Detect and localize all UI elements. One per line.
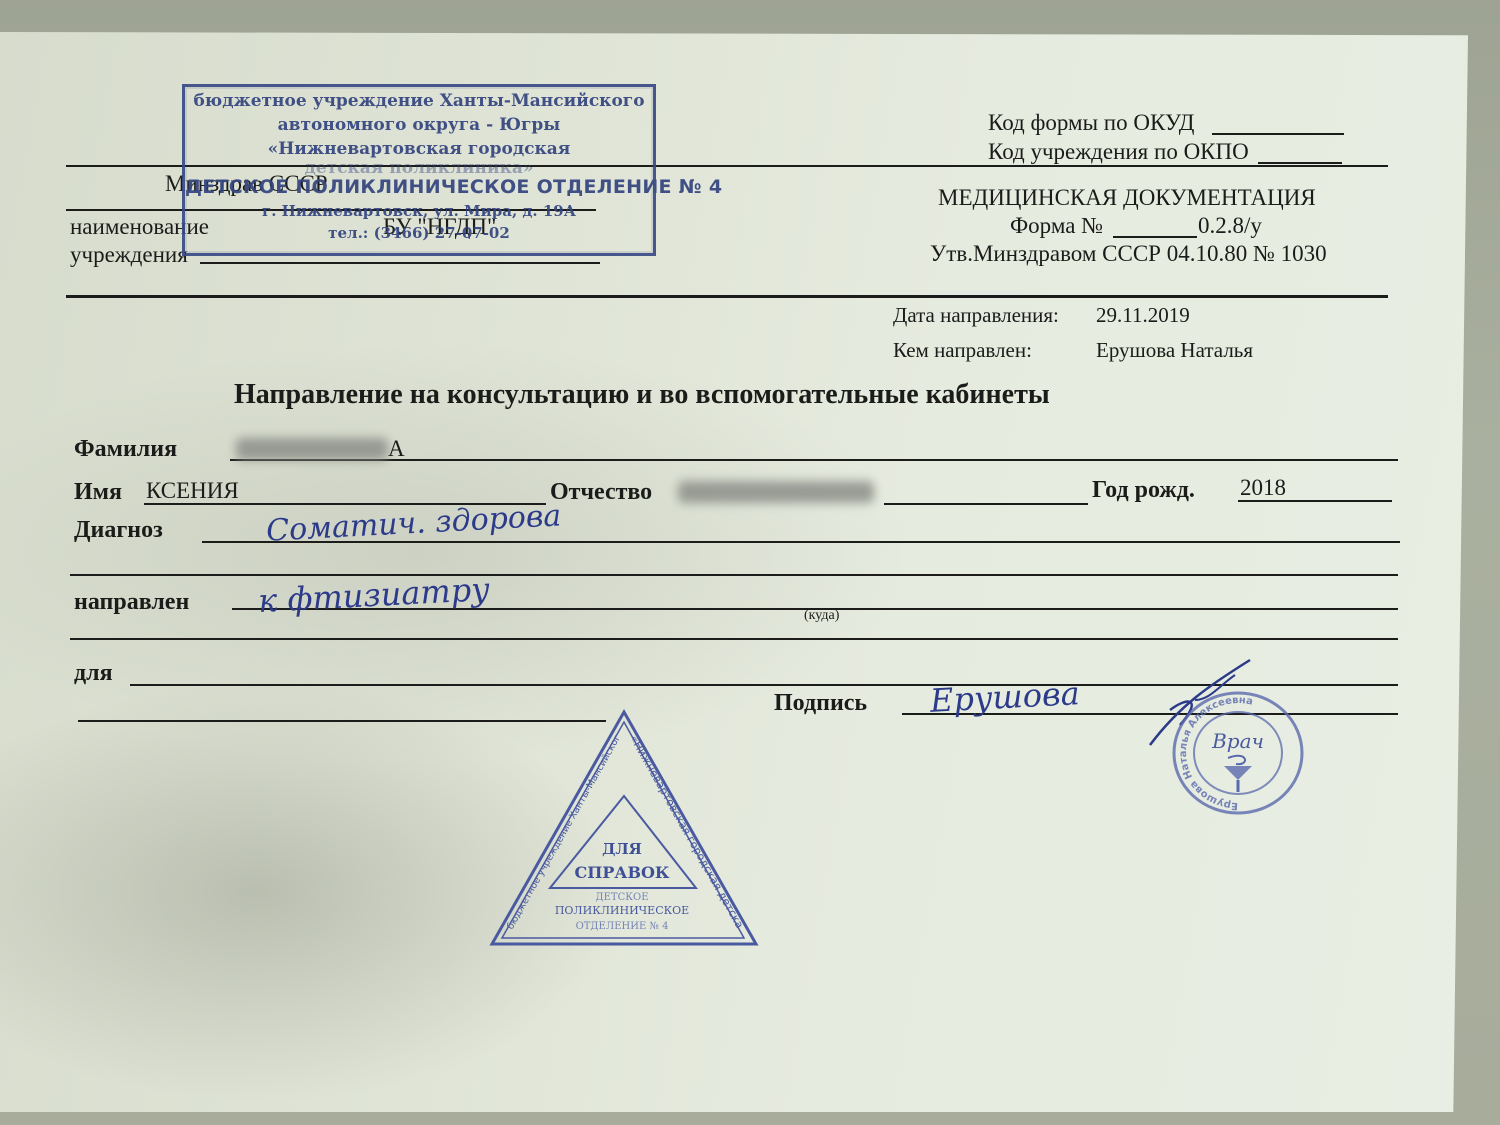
svg-text:ПОЛИКЛИНИЧЕСКОЕ: ПОЛИКЛИНИЧЕСКОЕ [555, 904, 689, 917]
triangle-stamp-for-references: бюджетное учреждение Ханты-Мансийского а… [488, 708, 760, 948]
diagnosis-label: Диагноз [74, 517, 163, 544]
diagnosis-line-2 [70, 574, 1398, 576]
birth-year-label: Год рожд. [1092, 477, 1195, 504]
patronymic-line [884, 503, 1088, 505]
for-label: для [74, 660, 113, 687]
okpo-blank [1258, 162, 1342, 164]
form-number: 0.2.8/у [1198, 213, 1262, 239]
stamp-line: ДЕТСКОЕ ПОЛИКЛИНИЧЕСКОЕ ОТДЕЛЕНИЕ № 4 [185, 175, 653, 199]
okud-label: Код формы по ОКУД [988, 110, 1195, 136]
referral-date-value: 29.11.2019 [1096, 303, 1190, 328]
svg-text:ДЕТСКОЕ: ДЕТСКОЕ [596, 892, 649, 903]
institution-stamp: бюджетное учреждение Ханты-Мансийского а… [182, 84, 656, 256]
name-value: КСЕНИЯ [146, 478, 239, 504]
birth-year-value: 2018 [1240, 475, 1286, 501]
referred-to-hint: (куда) [804, 608, 839, 624]
approval-line: Утв.Минздравом СССР 04.10.80 № 1030 [930, 241, 1327, 267]
referred-line-2 [70, 638, 1398, 640]
birth-year-line [1238, 500, 1392, 502]
form-label: Форма № [1010, 213, 1103, 239]
okud-blank [1212, 133, 1344, 135]
okpo-label: Код учреждения по ОКПО [988, 139, 1249, 165]
referred-by-label: Кем направлен: [893, 338, 1032, 363]
stamp-line: тел.: (3466) 27-07-02 [185, 223, 653, 243]
signature-handwritten: Ерушова [929, 674, 1080, 720]
svg-text:ОТДЕЛЕНИЕ № 4: ОТДЕЛЕНИЕ № 4 [576, 921, 669, 932]
stamp-line: автономного округа - Югры [185, 113, 653, 137]
redacted-surname [236, 438, 388, 460]
stamp-line: детская поликлиника» [185, 161, 653, 175]
patronymic-label: Отчество [550, 479, 652, 506]
surname-label: Фамилия [74, 436, 177, 463]
doc-type: МЕДИЦИНСКАЯ ДОКУМЕНТАЦИЯ [938, 185, 1316, 211]
stamp-line: г. Нижневартовск, ул. Мира, д. 19А [185, 199, 653, 223]
stamp-line: «Нижневартовская городская [185, 137, 653, 161]
surname-visible-letter: А [388, 436, 405, 462]
redacted-patronymic [678, 481, 874, 503]
doctor-stamp-center-text: Врач [1211, 729, 1264, 753]
referred-by-value: Ерушова Наталья [1096, 338, 1253, 363]
svg-text:СПРАВОК: СПРАВОК [575, 863, 670, 882]
doctor-round-stamp: Ерушова Наталья Алексеевна Врач [1168, 688, 1308, 818]
stamp-line: бюджетное учреждение Ханты-Мансийского [185, 89, 653, 113]
bowl-of-hygieia-icon [1224, 766, 1252, 780]
svg-text:ДЛЯ: ДЛЯ [602, 840, 642, 858]
surname-line [230, 459, 1398, 461]
signature-label: Подпись [774, 690, 867, 717]
referred-to-label: направлен [74, 589, 189, 616]
referral-date-label: Дата направления: [893, 303, 1059, 328]
institution-label-2: учреждения [70, 242, 188, 268]
form-title: Направление на консультацию и во вспомог… [234, 379, 1050, 411]
form-number-blank [1113, 236, 1197, 238]
header-rule-bottom [66, 295, 1388, 298]
institution-name-underline [200, 262, 600, 264]
name-label: Имя [74, 479, 122, 506]
